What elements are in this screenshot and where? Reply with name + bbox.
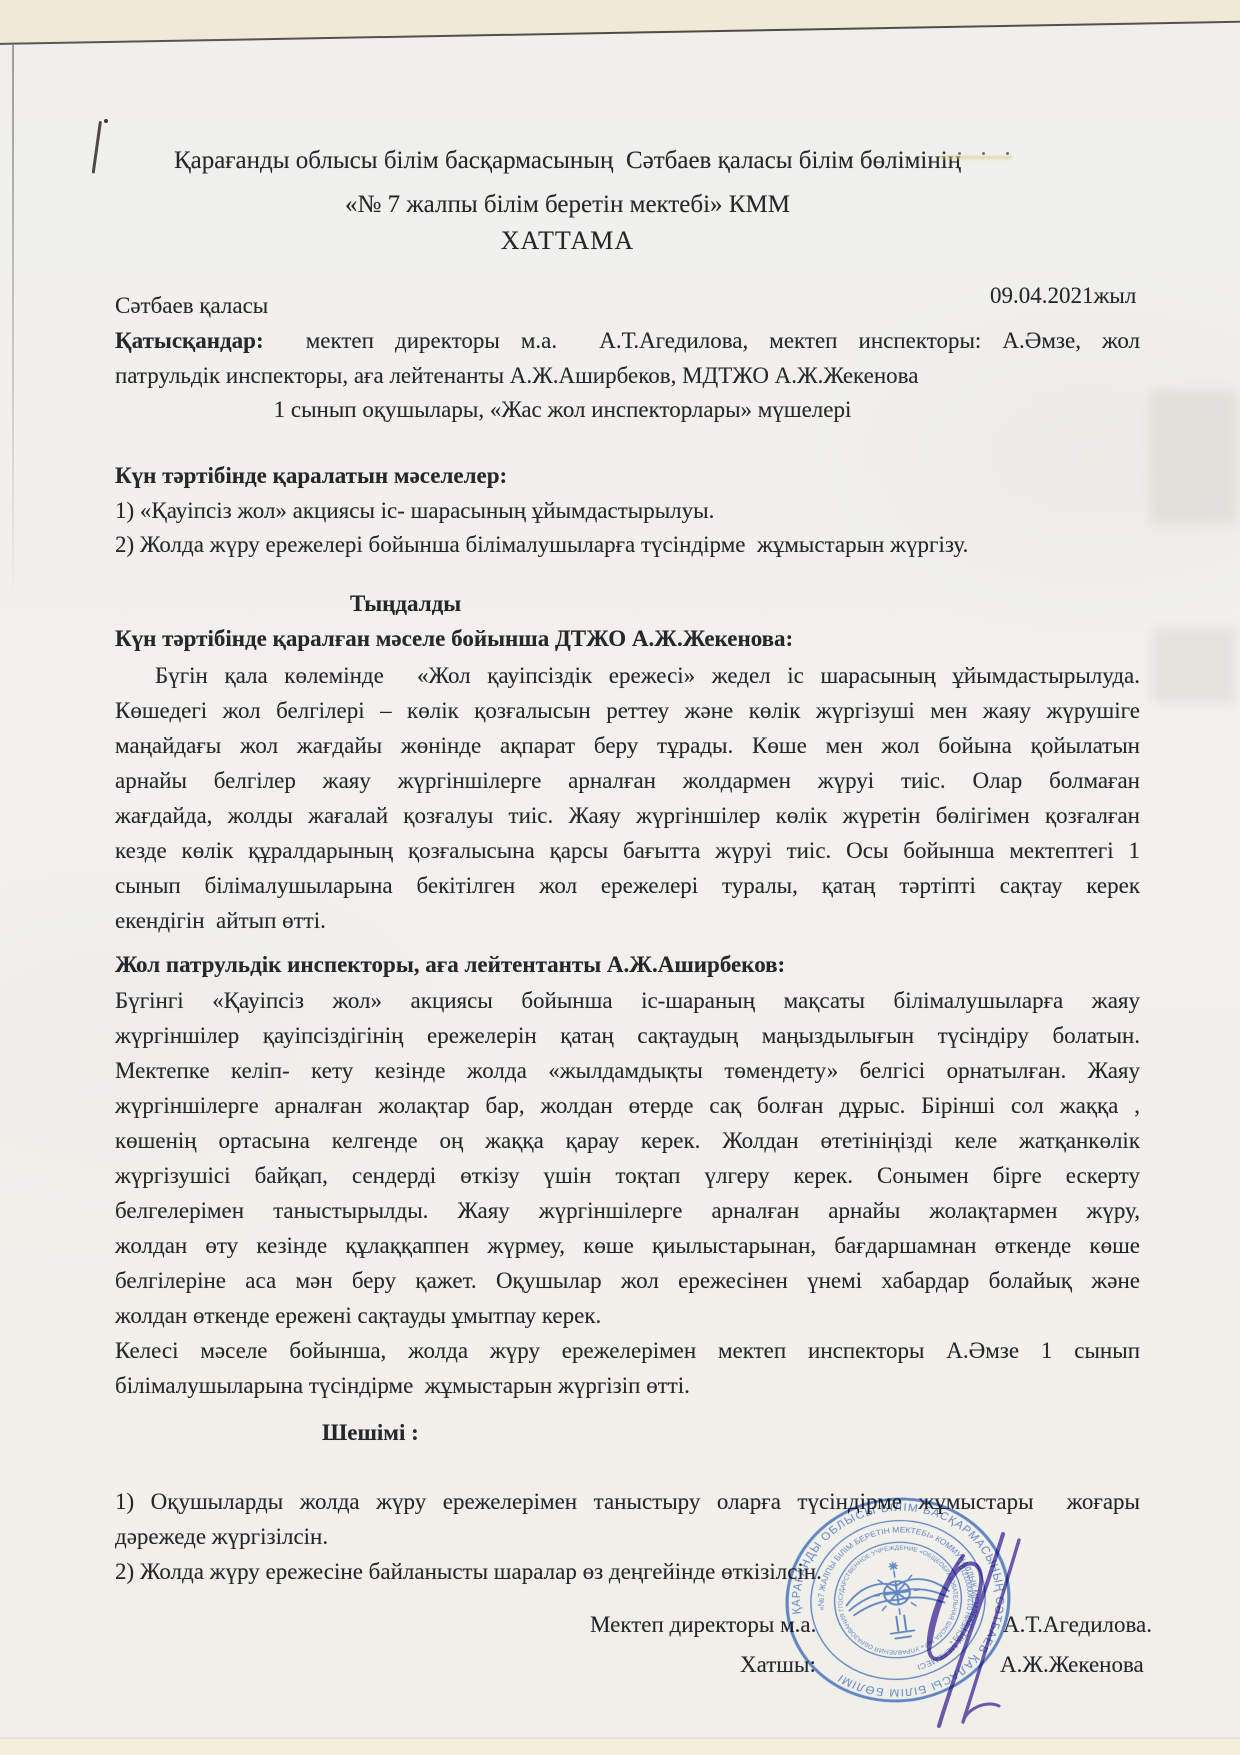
text-line: Бүгін қала көлемінде «Жол қауіпсіздік ер… <box>115 661 1140 691</box>
smudge-mark <box>940 156 1012 159</box>
bleed-through-mark <box>1150 390 1238 525</box>
participants-text: мектеп директоры м.а. А.Т.Агедилова, мек… <box>264 328 1140 353</box>
page-left-edge <box>12 45 14 605</box>
document-title: ХАТТАМА <box>115 226 1140 256</box>
pen-mark-dot <box>104 119 108 123</box>
text-line: Келесі мәселе бойынша, жолда жүру ережел… <box>115 1336 1140 1366</box>
speaker1-heading: Күн тәртібінде қаралған мәселе бойынша Д… <box>115 624 1140 654</box>
bleed-through-mark <box>1152 628 1236 703</box>
participants-line-1: Қатысқандар: мектеп директоры м.а. А.Т.А… <box>115 326 1140 356</box>
participants-label: Қатысқандар: <box>115 328 264 353</box>
school-header-line-1: Қарағанды облысы білім басқармасының Сәт… <box>115 146 1140 176</box>
city-label: Сәтбаев қаласы <box>115 291 268 321</box>
dust-speck <box>1006 152 1009 155</box>
heard-title: Тыңдалды <box>350 589 461 619</box>
text-line: жағдайда, жолды жағалай қозғалуы тиіс. Ж… <box>115 801 1140 831</box>
text-line: белгілеріне аса мән беру қажет. Оқушылар… <box>115 1266 1140 1296</box>
pen-mark <box>92 121 102 174</box>
participants-line-3: 1 сынып оқушылары, «Жас жол инспекторлар… <box>115 395 1140 425</box>
dust-speck <box>982 152 985 155</box>
text-line: көшенің ортасына келгенде оң жаққа қарау… <box>115 1126 1140 1156</box>
text-line: жүргіншілерге арналған жолақтар бар, жол… <box>115 1091 1140 1121</box>
text-line: Көшедегі жол белгілері – көлік қозғалысы… <box>115 696 1140 726</box>
text-line: жолдан өту кезінде құлаққаппен жүрмеу, к… <box>115 1231 1140 1261</box>
text-line: арнайы белгілер жаяу жүргіншілерге арнал… <box>115 766 1140 796</box>
scanner-background-bottom <box>0 1739 1240 1755</box>
text-line: екендігін айтып өтті. <box>115 906 1140 936</box>
text-line: кезде көлік құралдарының қозғалысына қар… <box>115 836 1140 866</box>
text-line: жүргізушісі байқап, сендерді өткізу үшін… <box>115 1161 1140 1191</box>
speaker2-heading: Жол патрульдік инспекторы, аға лейтентан… <box>115 950 1140 980</box>
text-line: маңайдағы жол жағдайы жөнінде ақпарат бе… <box>115 731 1140 761</box>
text-line: жолдан өткенде ережені сақтауды ұмытпау … <box>115 1301 1140 1331</box>
text-line: белгелерімен таныстырылды. Жаяу жүргінші… <box>115 1196 1140 1226</box>
text-line: білімалушыларына түсіндірме жұмыстарын ж… <box>115 1371 1140 1401</box>
text-line: Мектепке келіп- кету кезінде жолда «жылд… <box>115 1056 1140 1086</box>
text-line: сынып білімалушыларына бекітілген жол ер… <box>115 871 1140 901</box>
dust-speck <box>958 152 961 155</box>
scanned-page: Қарағанды облысы білім басқармасының Сәт… <box>0 0 1240 1755</box>
signature-ink <box>905 1528 1065 1738</box>
school-header-line-2: «№ 7 жалпы білім беретін мектебі» КММ <box>115 190 1140 220</box>
text-line: Бүгінгі «Қауіпсіз жол» акциясы бойынша і… <box>115 986 1140 1016</box>
text-line: жүргіншілер қауіпсіздігінің ережелерін қ… <box>115 1021 1140 1051</box>
participants-line-2: патрульдік инспекторы, аға лейтенанты А.… <box>115 361 1140 391</box>
decision-title: Шешімі : <box>322 1418 419 1448</box>
agenda-title: Күн тәртібінде қаралатын мәселелер: <box>115 461 1140 491</box>
agenda-item-2: 2) Жолда жүру ережелері бойынша білімалу… <box>115 530 1140 560</box>
date-label: 09.04.2021жыл <box>990 281 1136 311</box>
agenda-item-1: 1) «Қауіпсіз жол» акциясы іс- шарасының … <box>115 496 1140 526</box>
